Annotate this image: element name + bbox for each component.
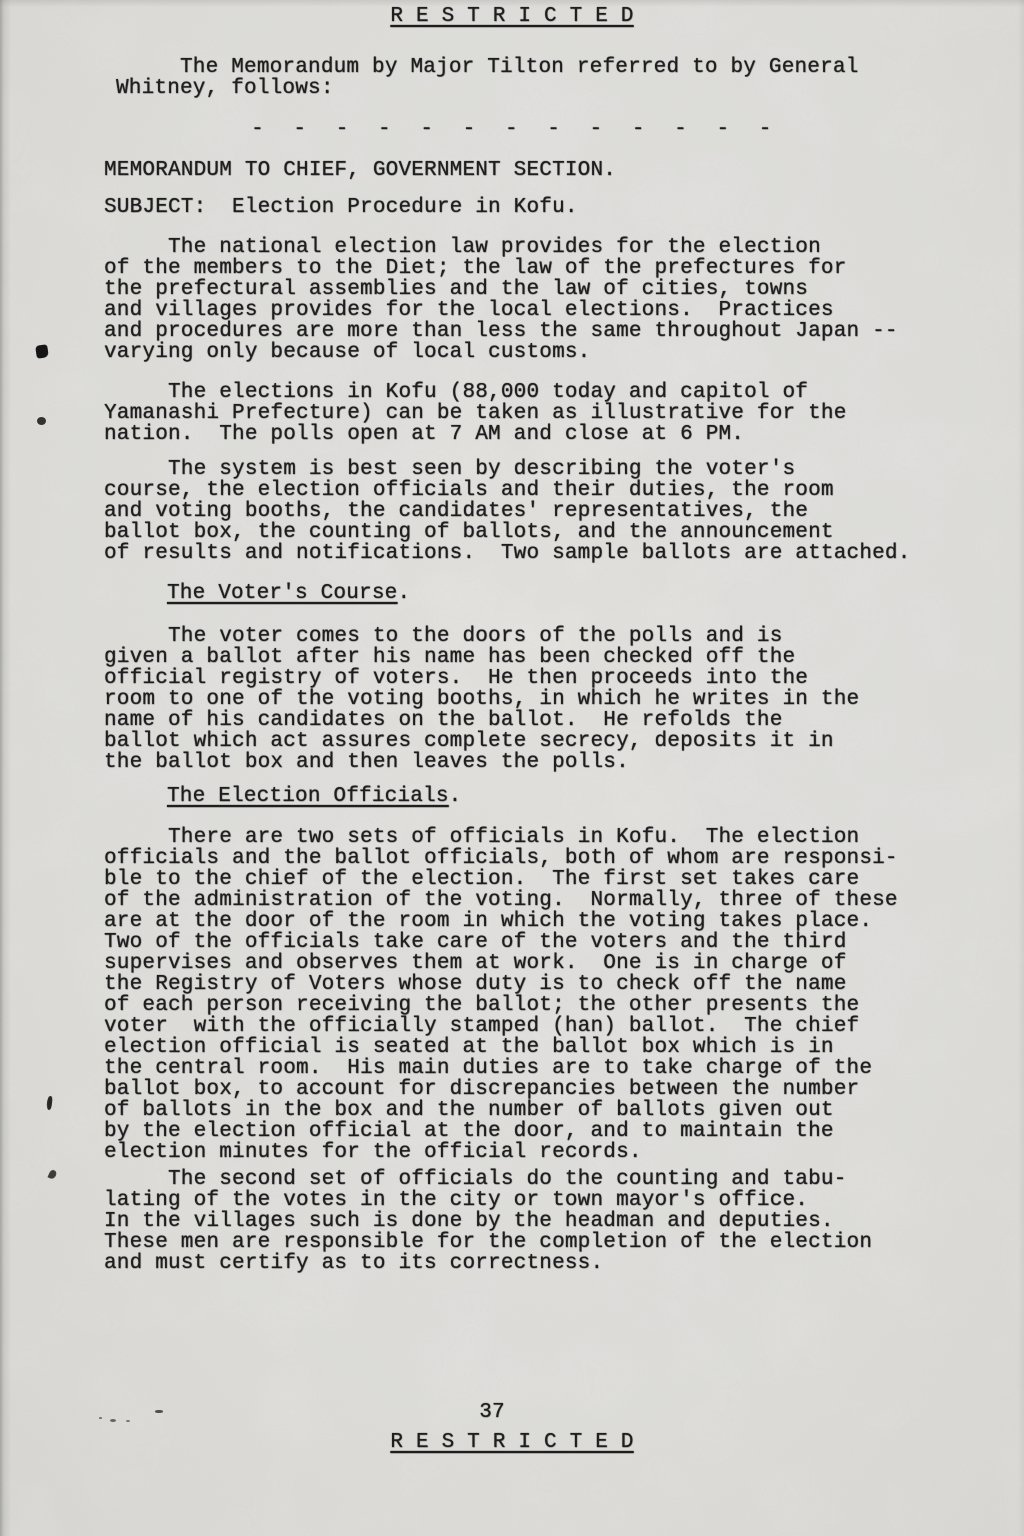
heading-voters-course-text: The Voter's Course [167,582,397,605]
ink-mark-squiggle [46,1096,52,1110]
subject-line: SUBJECT: Election Procedure in Kofu. [104,197,578,218]
heading-election-officials-text: The Election Officials [167,785,449,808]
ink-speck-dash [155,1410,163,1413]
heading-election-officials-period: . [449,785,462,808]
heading-voters-course-period: . [397,582,410,605]
heading-election-officials: The Election Officials. [167,786,461,807]
paragraph-kofu-elections: The elections in Kofu (88,000 today and … [104,382,847,445]
classification-header: R E S T R I C T E D [0,6,1024,27]
ink-mark-blob [35,344,49,359]
ink-speck-3 [126,1420,130,1422]
scanned-memo-page: R E S T R I C T E D The Memorandum by Ma… [0,0,1024,1536]
paragraph-system-overview: The system is best seen by describing th… [104,459,911,564]
dashed-separator: - - - - - - - - - - - - - [0,119,1024,140]
ink-mark-dot [37,417,46,425]
paragraph-officials-second-set: The second set of officials do the count… [104,1169,872,1274]
paragraph-officials-first-set: There are two sets of officials in Kofu.… [104,827,898,1163]
page-number: 37 [0,1402,1004,1423]
heading-voters-course: The Voter's Course. [167,583,410,604]
paragraph-national-law: The national election law provides for t… [104,237,898,363]
memo-to-line: MEMORANDUM TO CHIEF, GOVERNMENT SECTION. [104,160,616,181]
ink-mark-comma [47,1169,57,1180]
ink-speck-1 [99,1417,102,1419]
intro-paragraph: The Memorandum by Major Tilton referred … [116,57,859,99]
classification-footer: R E S T R I C T E D [0,1432,1024,1453]
ink-speck-2 [110,1419,116,1422]
paragraph-voters-course: The voter comes to the doors of the poll… [104,626,859,773]
